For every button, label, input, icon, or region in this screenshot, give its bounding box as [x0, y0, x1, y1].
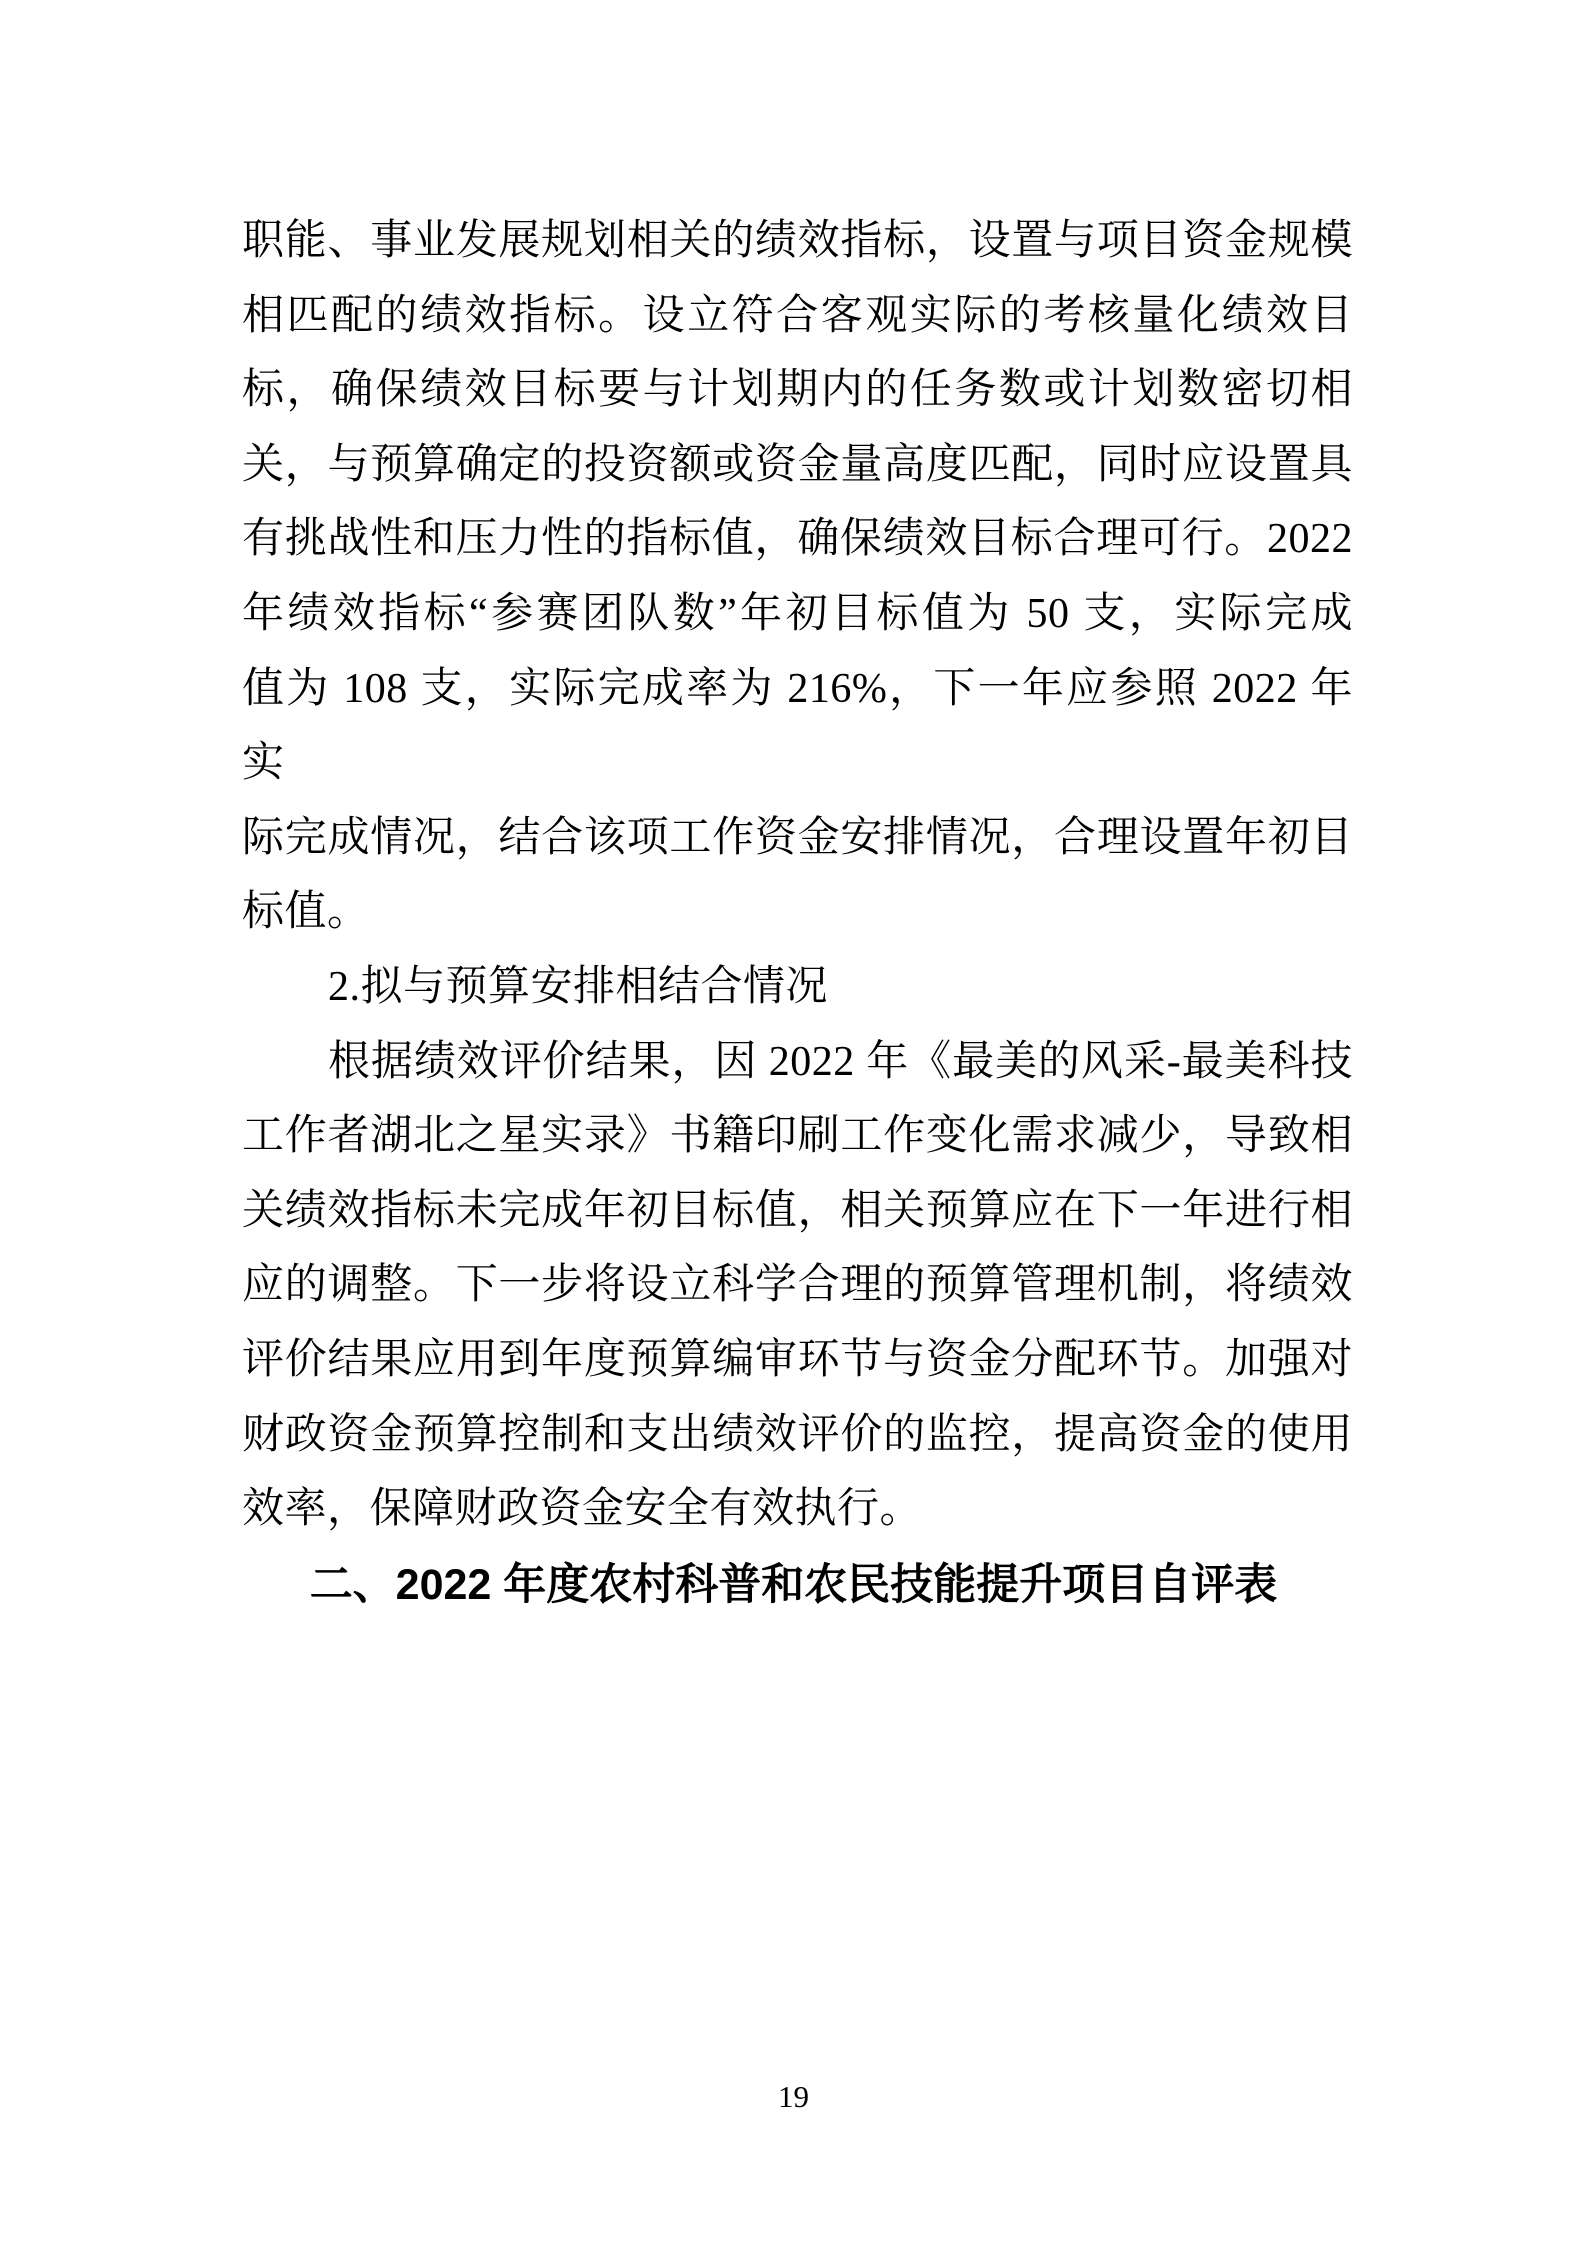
text-line: 标，确保绩效目标要与计划期内的任务数或计划数密切相 [242, 353, 1353, 428]
text-line: 关，与预算确定的投资额或资金量高度匹配，同时应设置具 [242, 428, 1353, 503]
text-line: 根据绩效评价结果，因 2022 年《最美的风采-最美科技 [242, 1025, 1353, 1100]
text-line: 相匹配的绩效指标。设立符合客观实际的考核量化绩效目 [242, 279, 1353, 354]
text-line: 值为 108 支，实际完成率为 216%，下一年应参照 2022 年实 [242, 652, 1353, 801]
text-line: 应的调整。下一步将设立科学合理的预算管理机制，将绩效 [242, 1248, 1353, 1323]
text-line: 职能、事业发展规划相关的绩效指标，设置与项目资金规模 [242, 204, 1353, 279]
page-footer: 19 [0, 2078, 1587, 2116]
text-line: 评价结果应用到年度预算编审环节与资金分配环节。加强对 [242, 1323, 1353, 1398]
text-line: 效率，保障财政资金安全有效执行。 [242, 1472, 1353, 1547]
page-number: 19 [778, 2079, 809, 2114]
text-line: 关绩效指标未完成年初目标值，相关预算应在下一年进行相 [242, 1174, 1353, 1249]
document-page: 职能、事业发展规划相关的绩效指标，设置与项目资金规模相匹配的绩效指标。设立符合客… [0, 0, 1587, 2245]
text-line: 工作者湖北之星实录》书籍印刷工作变化需求减少，导致相 [242, 1099, 1353, 1174]
body-text: 职能、事业发展规划相关的绩效指标，设置与项目资金规模相匹配的绩效指标。设立符合客… [242, 204, 1353, 1547]
section-heading: 二、2022 年度农村科普和农民技能提升项目自评表 [0, 1548, 1587, 1623]
text-line: 际完成情况，结合该项工作资金安排情况，合理设置年初目 [242, 801, 1353, 876]
text-line: 年绩效指标“参赛团队数”年初目标值为 50 支，实际完成 [242, 577, 1353, 652]
text-line: 有挑战性和压力性的指标值，确保绩效目标合理可行。2022 [242, 502, 1353, 577]
text-line: 2.拟与预算安排相结合情况 [242, 950, 1353, 1025]
text-line: 标值。 [242, 875, 1353, 950]
text-line: 财政资金预算控制和支出绩效评价的监控，提高资金的使用 [242, 1398, 1353, 1473]
